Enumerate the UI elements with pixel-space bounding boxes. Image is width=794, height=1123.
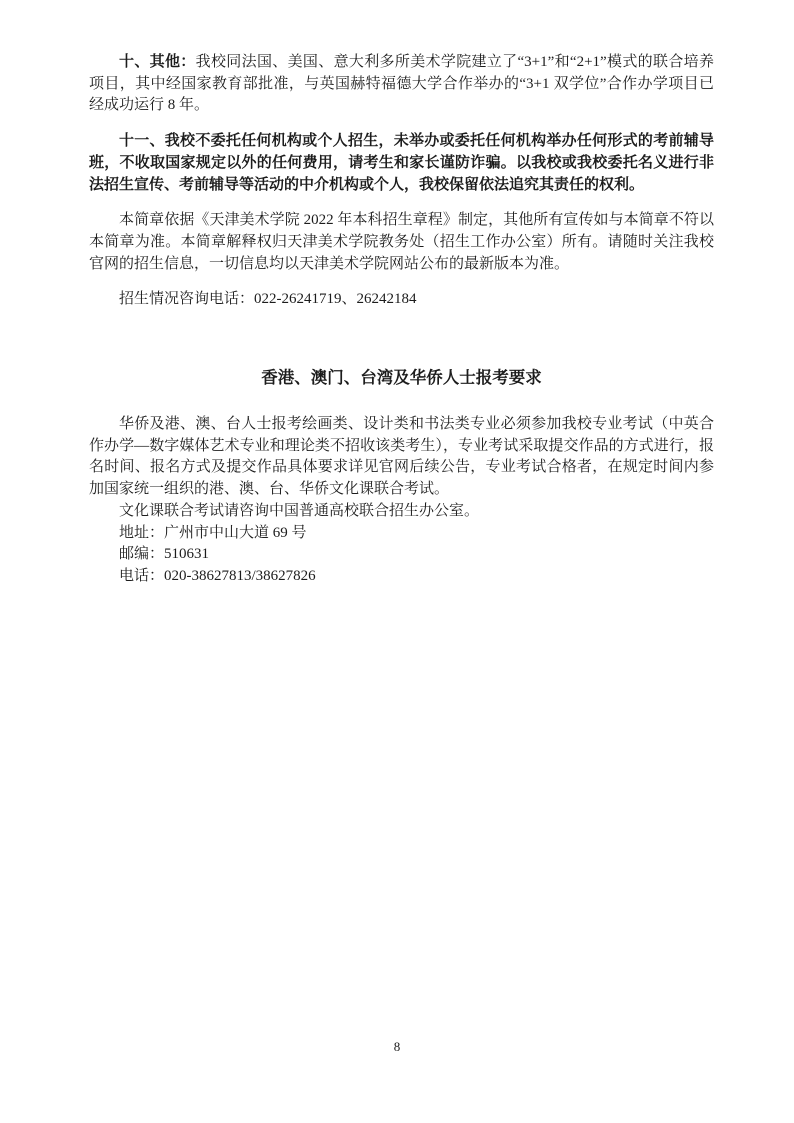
paragraph-eleven-anti-fraud: 十一、我校不委托任何机构或个人招生，未举办或委托任何机构举办任何形式的考前辅导班…	[89, 131, 714, 196]
paragraph-charter-basis: 本简章依据《天津美术学院 2022 年本科招生章程》制定，其他所有宣传如与本简章…	[89, 210, 714, 275]
section-heading-hk-macau-taiwan: 香港、澳门、台湾及华侨人士报考要求	[89, 366, 714, 390]
line-joint-culture-exam: 文化课联合考试请咨询中国普通高校联合招生办公室。	[89, 501, 714, 523]
paragraph-ten-other: 十、其他：我校同法国、美国、意大利多所美术学院建立了“3+1”和“2+1”模式的…	[89, 52, 714, 117]
line-postcode: 邮编：510631	[89, 544, 714, 566]
page-number: 8	[0, 1039, 794, 1055]
admission-inquiry-phone-line: 招生情况咨询电话：022-26241719、26242184	[89, 289, 714, 311]
paragraph-ten-other-lead: 十、其他：	[119, 54, 196, 70]
document-page: 十、其他：我校同法国、美国、意大利多所美术学院建立了“3+1”和“2+1”模式的…	[0, 0, 794, 1123]
paragraph-hmt-exam-requirements: 华侨及港、澳、台人士报考绘画类、设计类和书法类专业必须参加我校专业考试（中英合作…	[89, 414, 714, 501]
page-content: 十、其他：我校同法国、美国、意大利多所美术学院建立了“3+1”和“2+1”模式的…	[89, 52, 714, 588]
line-address: 地址：广州市中山大道 69 号	[89, 523, 714, 545]
line-contact-phone: 电话：020-38627813/38627826	[89, 566, 714, 588]
